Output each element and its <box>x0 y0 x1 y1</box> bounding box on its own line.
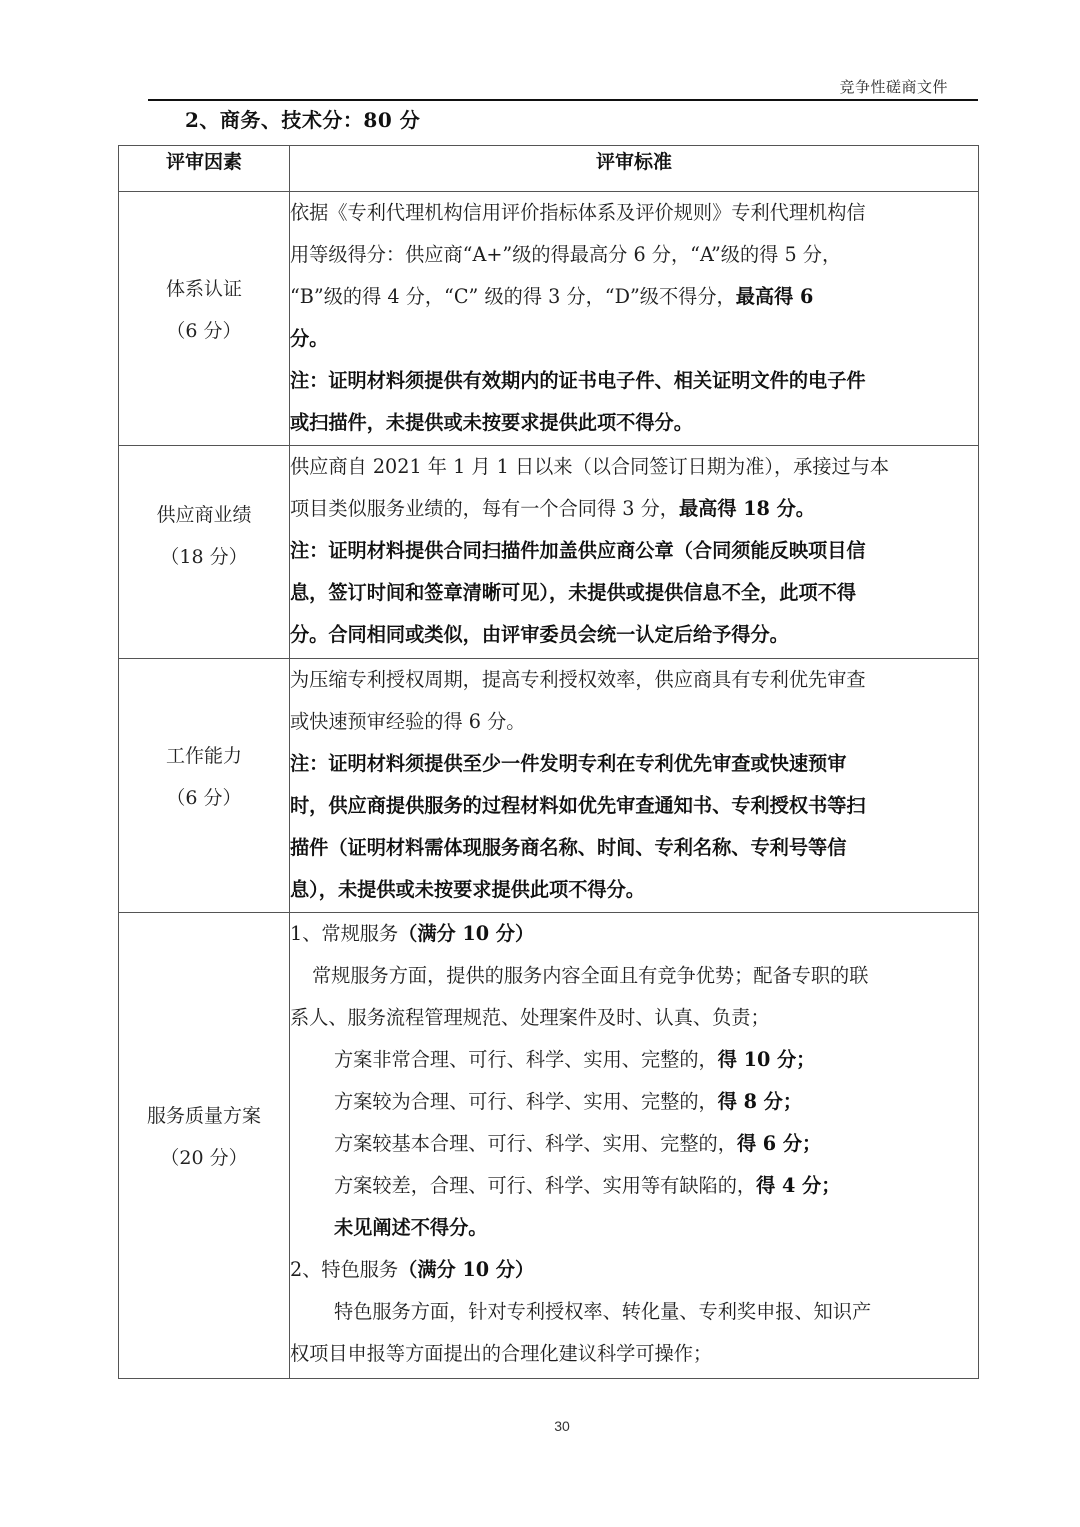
criteria-line: 未见阐述不得分。 <box>290 1207 978 1249</box>
criteria-cell: 为压缩专利授权周期，提高专利授权效率，供应商具有专利优先审查 或快速预审经验的得… <box>290 659 979 913</box>
factor-points: （20 分） <box>119 1137 289 1179</box>
criteria-note: 息，签订时间和签章清晰可见），未提供或提供信息不全，此项不得 <box>290 581 856 604</box>
criteria-line: 系人、服务流程管理规范、处理案件及时、认真、负责； <box>290 997 978 1039</box>
criteria-note: 时，供应商提供服务的过程材料如优先审查通知书、专利授权书等扫 <box>290 794 866 817</box>
criteria-line: 方案较为合理、可行、科学、实用、完整的，得 8 分； <box>290 1081 978 1123</box>
criteria-line: 方案较基本合理、可行、科学、实用、完整的，得 6 分； <box>290 1123 978 1165</box>
criteria-text: 供应商自 2021 年 1 月 1 日以来（以合同签订日期为准），承接过与本 <box>290 455 889 478</box>
criteria-line: 方案非常合理、可行、科学、实用、完整的，得 10 分； <box>290 1039 978 1081</box>
criteria-note: 注：证明材料提供合同扫描件加盖供应商公章（合同须能反映项目信 <box>290 539 866 562</box>
criteria-bold-text: 最高得 18 分。 <box>679 497 815 520</box>
criteria-text: 2、特色服务 <box>290 1258 398 1281</box>
factor-name: 服务质量方案 <box>119 1095 289 1137</box>
criteria-line: 常规服务方面，提供的服务内容全面且有竞争优势；配备专职的联 <box>290 955 978 997</box>
criteria-text: 依据《专利代理机构信用评价指标体系及评价规则》专利代理机构信 <box>290 201 866 224</box>
criteria-cell: 供应商自 2021 年 1 月 1 日以来（以合同签订日期为准），承接过与本 项… <box>290 446 979 659</box>
header-criteria: 评审标准 <box>290 146 979 192</box>
criteria-text: 常规服务方面，提供的服务内容全面且有竞争优势；配备专职的联 <box>312 964 868 987</box>
criteria-text: 方案较为合理、可行、科学、实用、完整的， <box>334 1090 718 1113</box>
criteria-text: 方案较基本合理、可行、科学、实用、完整的， <box>334 1132 737 1155</box>
table-row: 供应商业绩 （18 分） 供应商自 2021 年 1 月 1 日以来（以合同签订… <box>119 446 979 659</box>
criteria-text: 为压缩专利授权周期，提高专利授权效率，供应商具有专利优先审查 <box>290 668 866 691</box>
criteria-line: 项目类似服务业绩的，每有一个合同得 3 分，最高得 18 分。 <box>290 488 978 530</box>
criteria-bold-text: 分。 <box>290 327 328 350</box>
criteria-note-line: 注：证明材料须提供至少一件发明专利在专利优先审查或快速预审 <box>290 743 978 785</box>
criteria-line: 依据《专利代理机构信用评价指标体系及评价规则》专利代理机构信 <box>290 192 978 234</box>
criteria-note: 或扫描件，未提供或未按要求提供此项不得分。 <box>290 411 693 434</box>
factor-name: 体系认证 <box>119 268 289 310</box>
header-factor-label: 评审因素 <box>119 146 289 176</box>
criteria-line: 分。 <box>290 318 978 360</box>
criteria-note: 息），未提供或未按要求提供此项不得分。 <box>290 878 645 901</box>
criteria-note-line: 描件（证明材料需体现服务商名称、时间、专利名称、专利号等信 <box>290 827 978 869</box>
table-row: 服务质量方案 （20 分） 1、常规服务（满分 10 分） 常规服务方面，提供的… <box>119 913 979 1379</box>
header-rule <box>148 99 978 101</box>
criteria-note-line: 分。合同相同或类似，由评审委员会统一认定后给予得分。 <box>290 614 978 656</box>
table-row: 工作能力 （6 分） 为压缩专利授权周期，提高专利授权效率，供应商具有专利优先审… <box>119 659 979 913</box>
factor-cell: 服务质量方案 （20 分） <box>119 913 290 1379</box>
criteria-note-line: 息，签订时间和签章清晰可见），未提供或提供信息不全，此项不得 <box>290 572 978 614</box>
criteria-bold-text: （满分 10 分） <box>398 922 534 945</box>
criteria-text: 特色服务方面，针对专利授权率、转化量、专利奖申报、知识产 <box>334 1300 871 1323</box>
criteria-bold-text: 得 10 分； <box>718 1048 816 1071</box>
header-factor: 评审因素 <box>119 146 290 192</box>
criteria-line: 供应商自 2021 年 1 月 1 日以来（以合同签订日期为准），承接过与本 <box>290 446 978 488</box>
criteria-bold-text: 未见阐述不得分。 <box>334 1216 488 1239</box>
factor-cell: 供应商业绩 （18 分） <box>119 446 290 659</box>
table-header-row: 评审因素 评审标准 <box>119 146 979 192</box>
criteria-note-line: 注：证明材料提供合同扫描件加盖供应商公章（合同须能反映项目信 <box>290 530 978 572</box>
criteria-text: 系人、服务流程管理规范、处理案件及时、认真、负责； <box>290 1006 770 1029</box>
criteria-text: 用等级得分：供应商“A+”级的得最高分 6 分，“A”级的得 5 分， <box>290 243 841 266</box>
criteria-bold-text: 得 8 分； <box>718 1090 802 1113</box>
factor-points: （6 分） <box>119 310 289 352</box>
factor-points: （6 分） <box>119 777 289 819</box>
document-header-title: 竞争性磋商文件 <box>800 76 948 97</box>
table-row: 体系认证 （6 分） 依据《专利代理机构信用评价指标体系及评价规则》专利代理机构… <box>119 192 979 446</box>
criteria-note: 分。合同相同或类似，由评审委员会统一认定后给予得分。 <box>290 623 789 646</box>
criteria-bold-text: （满分 10 分） <box>398 1258 534 1281</box>
criteria-note: 注：证明材料须提供至少一件发明专利在专利优先审查或快速预审 <box>290 752 846 775</box>
criteria-note: 注：证明材料须提供有效期内的证书电子件、相关证明文件的电子件 <box>290 369 866 392</box>
criteria-note-line: 或扫描件，未提供或未按要求提供此项不得分。 <box>290 402 978 444</box>
factor-points: （18 分） <box>119 536 289 578</box>
factor-cell: 工作能力 （6 分） <box>119 659 290 913</box>
criteria-text: 1、常规服务 <box>290 922 398 945</box>
scoring-table: 评审因素 评审标准 体系认证 （6 分） 依据《专利代理机构信用评价指标体系及评… <box>118 145 979 1379</box>
criteria-bold-text: 得 6 分； <box>737 1132 821 1155</box>
criteria-text: “B”级的得 4 分，“C” 级的得 3 分，“D”级不得分， <box>290 285 736 308</box>
criteria-text: 或快速预审经验的得 6 分。 <box>290 710 525 733</box>
criteria-line: 权项目申报等方面提出的合理化建议科学可操作； <box>290 1333 978 1375</box>
criteria-text: 方案较差，合理、可行、科学、实用等有缺陷的， <box>334 1174 756 1197</box>
criteria-line: 方案较差，合理、可行、科学、实用等有缺陷的，得 4 分； <box>290 1165 978 1207</box>
criteria-note-line: 时，供应商提供服务的过程材料如优先审查通知书、专利授权书等扫 <box>290 785 978 827</box>
subsection-heading: 1、常规服务（满分 10 分） <box>290 913 978 955</box>
criteria-text: 项目类似服务业绩的，每有一个合同得 3 分， <box>290 497 679 520</box>
criteria-text: 权项目申报等方面提出的合理化建议科学可操作； <box>290 1342 712 1365</box>
criteria-note-line: 注：证明材料须提供有效期内的证书电子件、相关证明文件的电子件 <box>290 360 978 402</box>
criteria-note: 描件（证明材料需体现服务商名称、时间、专利名称、专利号等信 <box>290 836 846 859</box>
subsection-heading: 2、特色服务（满分 10 分） <box>290 1249 978 1291</box>
page-number: 30 <box>540 1418 584 1434</box>
factor-cell: 体系认证 （6 分） <box>119 192 290 446</box>
factor-name: 工作能力 <box>119 735 289 777</box>
criteria-cell: 1、常规服务（满分 10 分） 常规服务方面，提供的服务内容全面且有竞争优势；配… <box>290 913 979 1379</box>
criteria-line: 为压缩专利授权周期，提高专利授权效率，供应商具有专利优先审查 <box>290 659 978 701</box>
header-criteria-label: 评审标准 <box>290 146 978 176</box>
section-title: 2、商务、技术分：80 分 <box>185 104 420 133</box>
criteria-line: 特色服务方面，针对专利授权率、转化量、专利奖申报、知识产 <box>290 1291 978 1333</box>
criteria-line: “B”级的得 4 分，“C” 级的得 3 分，“D”级不得分，最高得 6 <box>290 276 978 318</box>
criteria-line: 用等级得分：供应商“A+”级的得最高分 6 分，“A”级的得 5 分， <box>290 234 978 276</box>
criteria-note-line: 息），未提供或未按要求提供此项不得分。 <box>290 869 978 911</box>
factor-name: 供应商业绩 <box>119 494 289 536</box>
criteria-bold-text: 得 4 分； <box>756 1174 840 1197</box>
criteria-bold-text: 最高得 6 <box>736 285 814 308</box>
criteria-cell: 依据《专利代理机构信用评价指标体系及评价规则》专利代理机构信 用等级得分：供应商… <box>290 192 979 446</box>
criteria-line: 或快速预审经验的得 6 分。 <box>290 701 978 743</box>
criteria-text: 方案非常合理、可行、科学、实用、完整的， <box>334 1048 718 1071</box>
